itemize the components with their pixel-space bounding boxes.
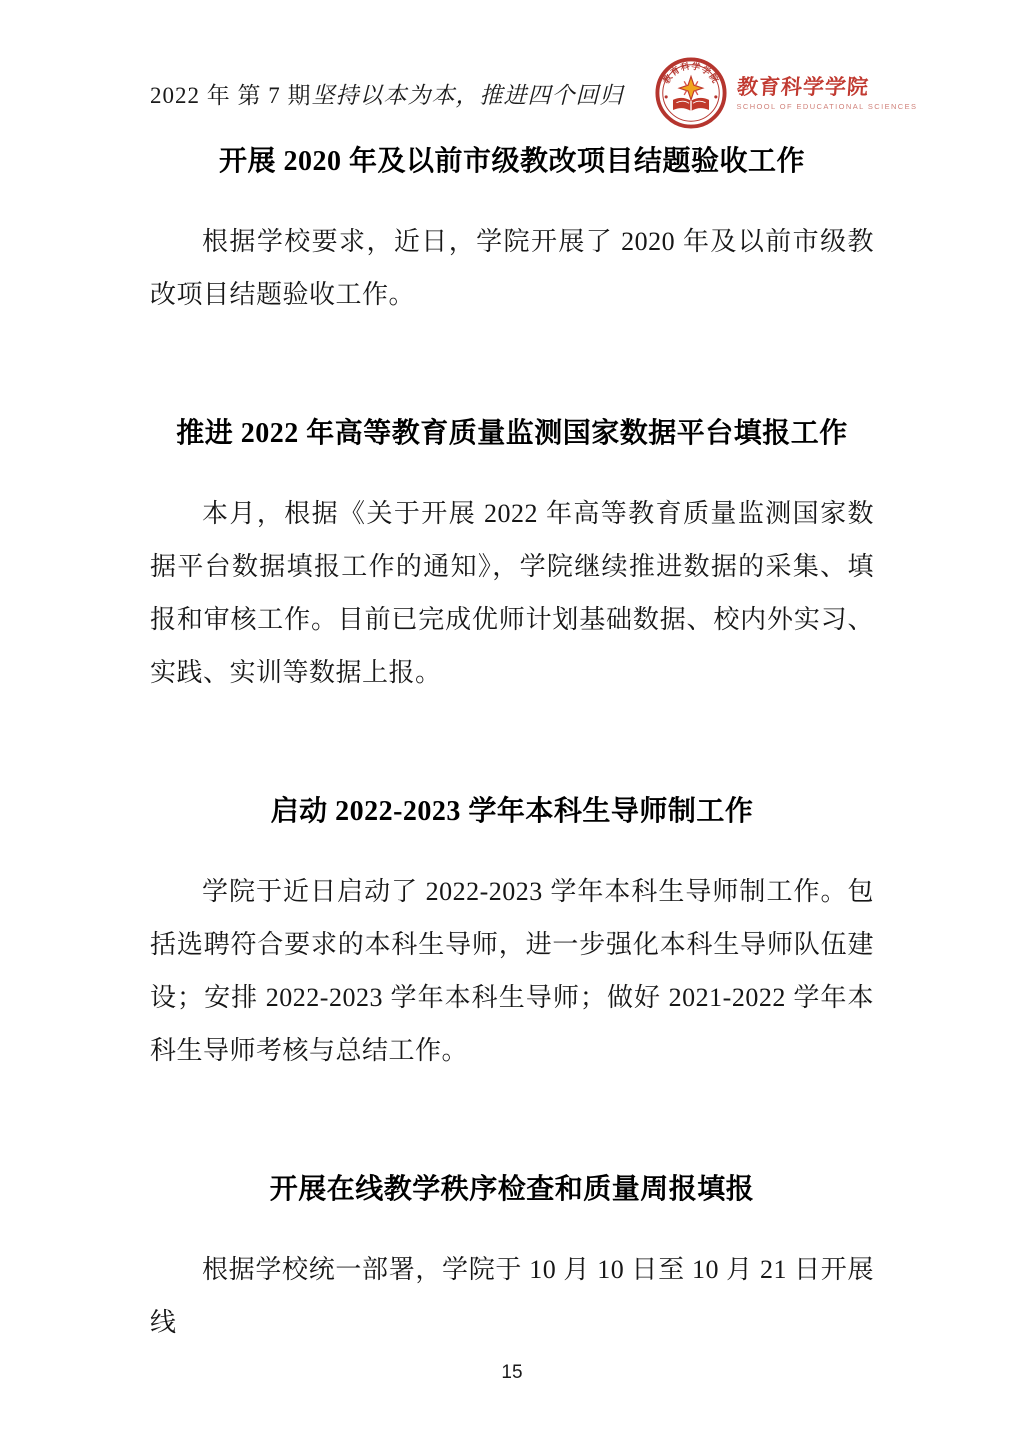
section-tutor-system: 启动 2022-2023 学年本科生导师制工作 学院于近日启动了 2022-20… [150,787,874,1077]
page-header: 2022 年 第 7 期 坚持以本为本，推进四个回归 教育科学学院 [150,55,874,131]
section-paragraph: 根据学校统一部署，学院于 10 月 10 日至 10 月 21 日开展线 [150,1243,874,1349]
section-online-teaching-check: 开展在线教学秩序检查和质量周报填报 根据学校统一部署，学院于 10 月 10 日… [150,1165,874,1349]
school-logo: 教育科学学院 教育科学学院 SCHOOL OF EDUCATIONAL SCIE… [654,56,918,130]
section-paragraph: 根据学校要求，近日，学院开展了 2020 年及以前市级教改项目结题验收工作。 [150,215,874,321]
section-title: 开展 2020 年及以前市级教改项目结题验收工作 [150,137,874,187]
section-paragraph: 学院于近日启动了 2022-2023 学年本科生导师制工作。包括选聘符合要求的本… [150,865,874,1077]
school-name-en: SCHOOL OF EDUCATIONAL SCIENCES [737,102,918,111]
section-title: 开展在线教学秩序检查和质量周报填报 [150,1165,874,1215]
school-name-cn: 教育科学学院 [736,75,870,100]
section-title: 推进 2022 年高等教育质量监测国家数据平台填报工作 [150,409,874,459]
section-project-acceptance: 开展 2020 年及以前市级教改项目结题验收工作 根据学校要求，近日，学院开展了… [150,137,874,321]
page-number: 15 [501,1362,522,1383]
school-logo-text: 教育科学学院 SCHOOL OF EDUCATIONAL SCIENCES [737,75,918,111]
section-title: 启动 2022-2023 学年本科生导师制工作 [150,787,874,837]
newsletter-page: 2022 年 第 7 期 坚持以本为本，推进四个回归 教育科学学院 [0,0,1024,1448]
page-body: 开展 2020 年及以前市级教改项目结题验收工作 根据学校要求，近日，学院开展了… [150,137,874,1349]
header-motto: 坚持以本为本，推进四个回归 [312,77,654,110]
school-seal-icon: 教育科学学院 [654,56,728,130]
section-data-platform: 推进 2022 年高等教育质量监测国家数据平台填报工作 本月，根据《关于开展 2… [150,409,874,699]
issue-label: 2022 年 第 7 期 [150,77,312,110]
section-paragraph: 本月，根据《关于开展 2022 年高等教育质量监测国家数据平台数据填报工作的通知… [150,487,874,699]
page-footer: 15 [0,1362,1024,1384]
